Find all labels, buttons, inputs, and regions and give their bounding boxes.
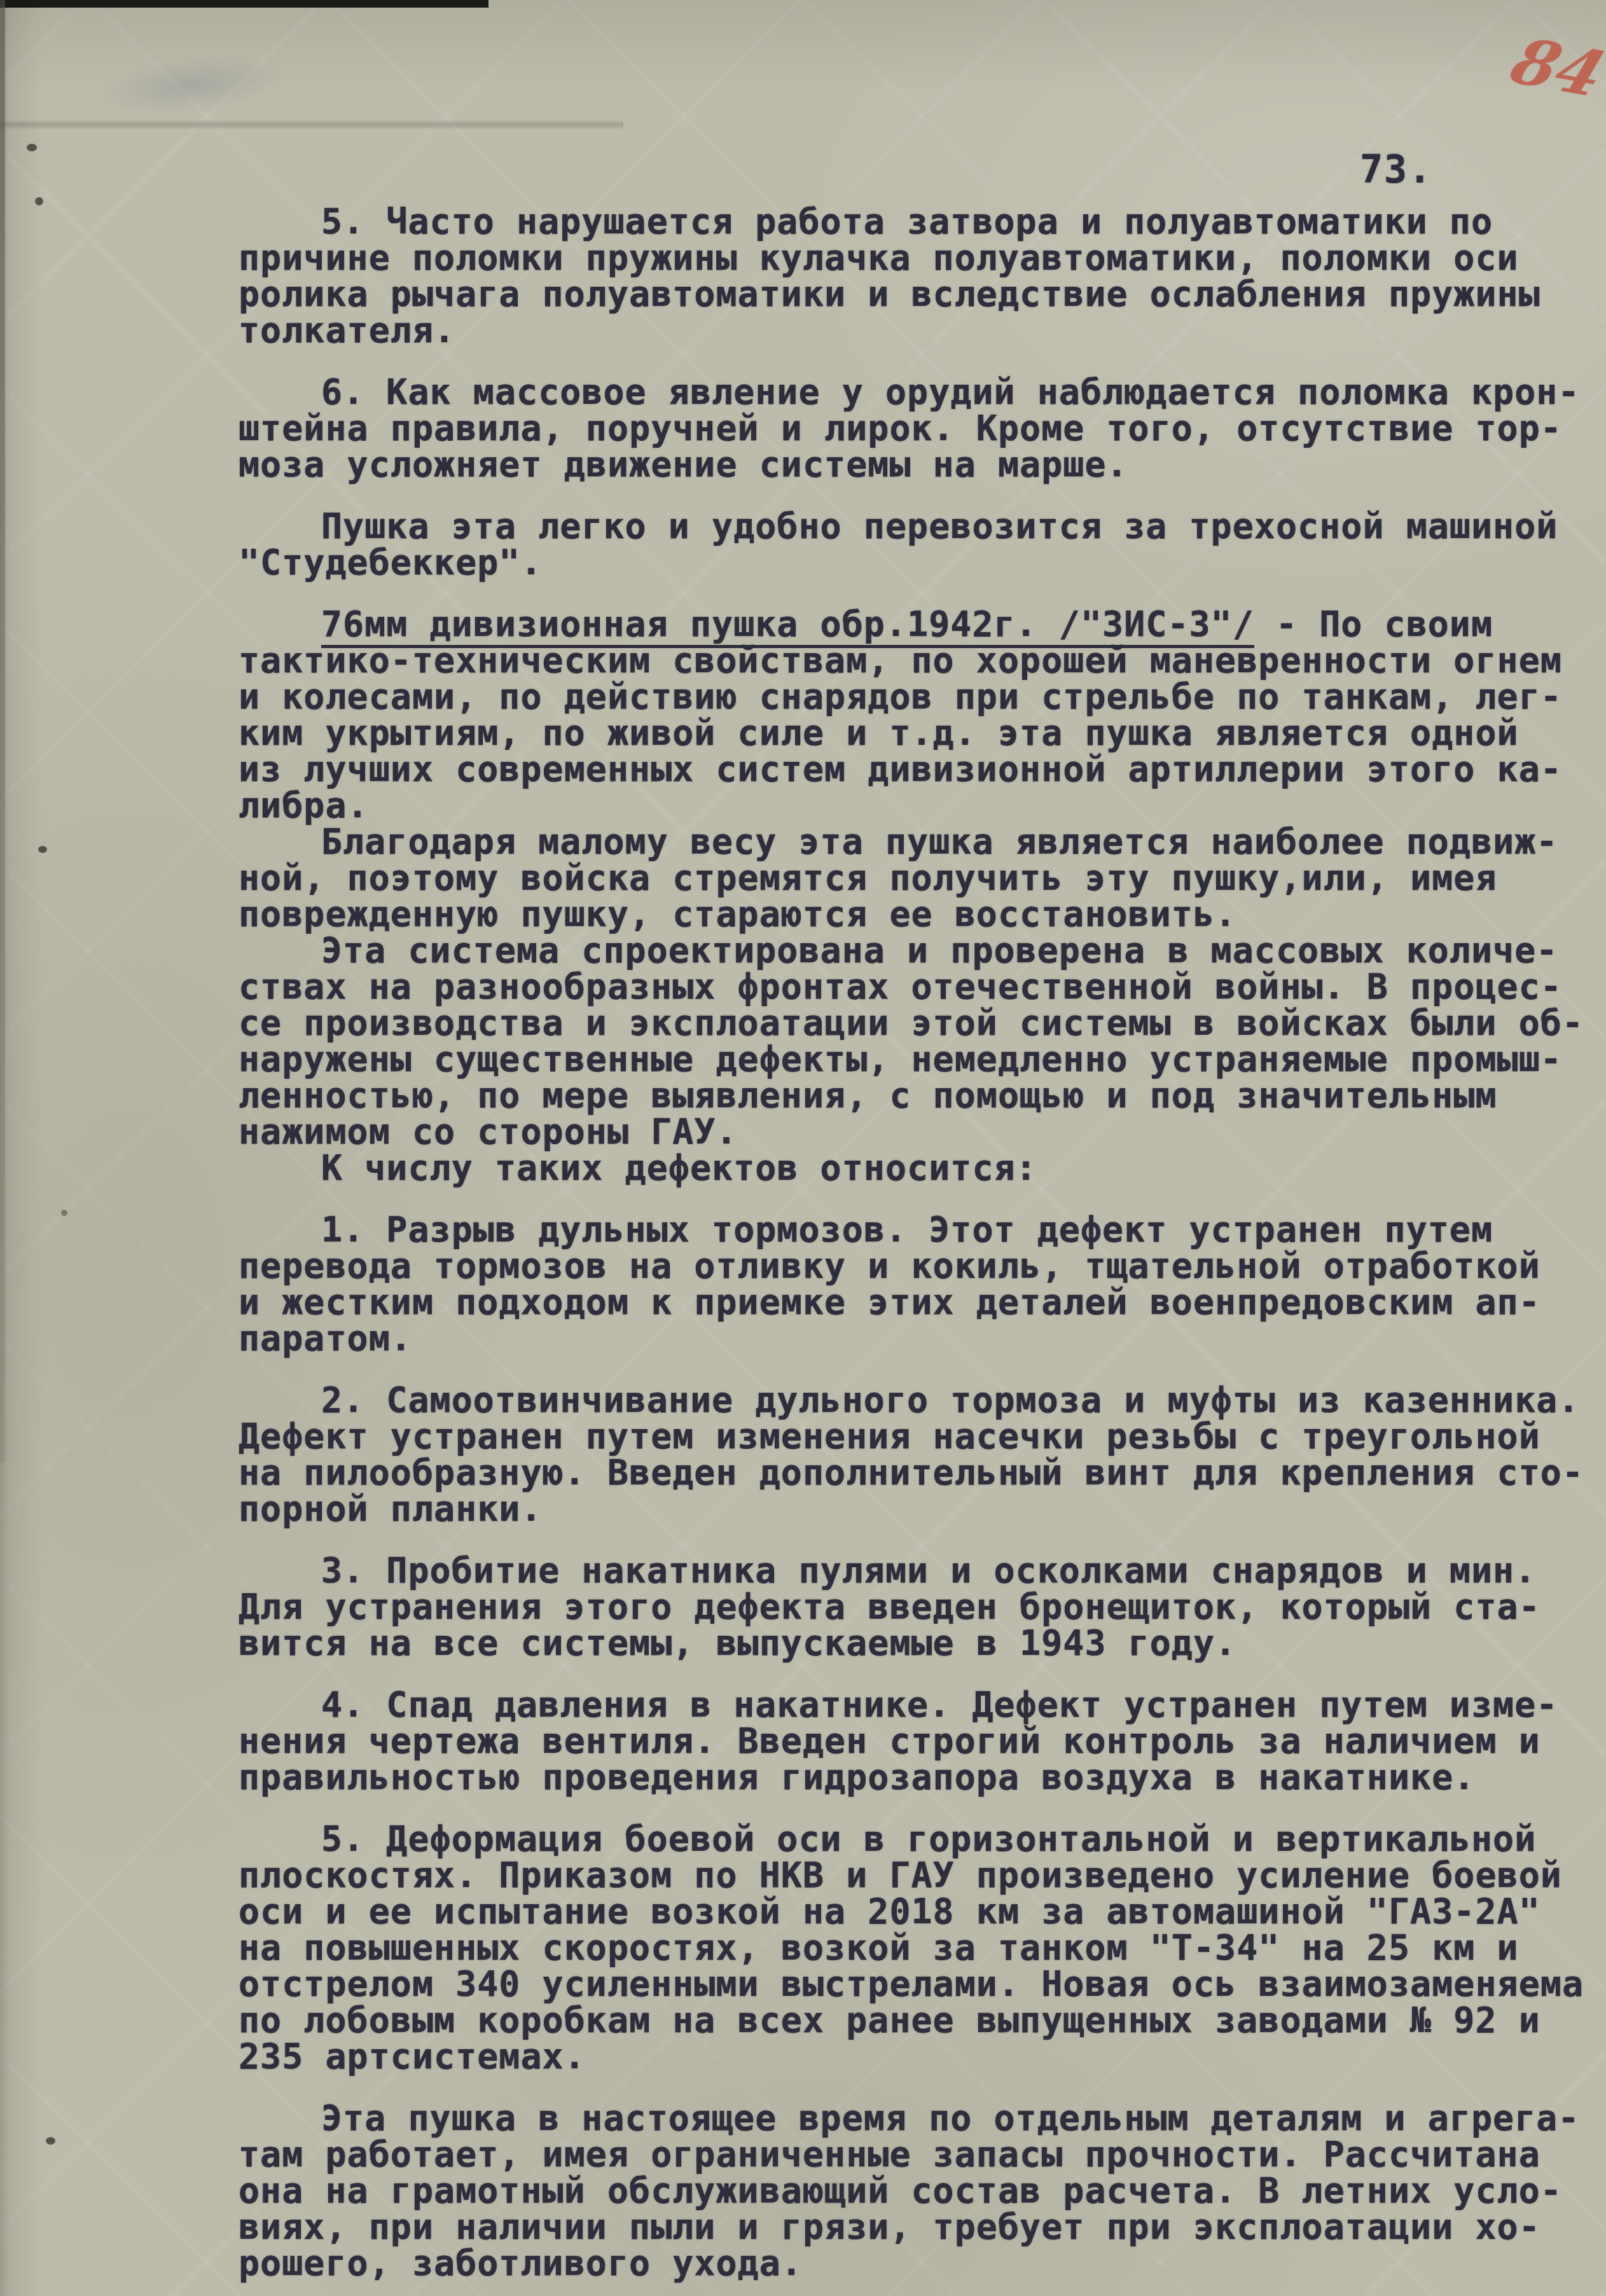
text-line: рошего, заботливого ухода. xyxy=(239,2245,1596,2281)
text-line: паратом. xyxy=(239,1320,1596,1357)
text-line: плоскостях. Приказом по НКВ и ГАУ произв… xyxy=(239,1857,1596,1893)
text-line: 76мм дивизионная пушка обр.1942г. /"ЗИС-… xyxy=(239,606,1596,642)
text-line: Пушка эта легко и удобно перевозится за … xyxy=(239,508,1596,544)
text-line: она на грамотный обслуживающий состав ра… xyxy=(239,2173,1596,2209)
paragraph-defect-1: 1. Разрыв дульных тормозов. Этот дефект … xyxy=(239,1212,1596,1357)
text-line: се производства и эксплоатации этой сист… xyxy=(239,1005,1596,1041)
text-line: моза усложняет движение системы на марше… xyxy=(239,446,1596,483)
text-line: на повышенных скоростях, возкой за танко… xyxy=(239,1930,1596,1966)
text-line: ролика рычага полуавтоматики и вследстви… xyxy=(239,276,1596,312)
text-line: штейна правила, поручней и лирок. Кроме … xyxy=(239,410,1596,446)
text-line: 235 артсистемах. xyxy=(239,2038,1596,2075)
text-line: Эта система спроектирована и проверена в… xyxy=(239,932,1596,969)
text-line: виях, при наличии пыли и грязи, требует … xyxy=(239,2209,1596,2245)
text-line: либра. xyxy=(239,787,1596,824)
stain-speck xyxy=(38,846,47,853)
text-line: Дефект устранен путем изменения насечки … xyxy=(239,1418,1596,1455)
text-line: из лучших современных систем дивизионной… xyxy=(239,751,1596,787)
page-number: 73. xyxy=(1360,148,1432,192)
text-line: 3. Пробитие накатника пулями и осколками… xyxy=(239,1553,1596,1589)
text-line: и жестким подходом к приемке этих детале… xyxy=(239,1284,1596,1320)
scanned-document-page: 84 73. 5. Часто нарушается работа затвор… xyxy=(0,0,1606,2296)
stain-speck xyxy=(27,144,37,151)
pencil-smudge xyxy=(93,49,288,123)
text-line: 6. Как массовое явление у орудий наблюда… xyxy=(239,374,1596,410)
text-line: К числу таких дефектов относится: xyxy=(239,1150,1596,1186)
paragraph: Пушка эта легко и удобно перевозится за … xyxy=(239,508,1596,581)
text-line: 5. Часто нарушается работа затвора и пол… xyxy=(239,204,1596,240)
text-line: ствах на разнообразных фронтах отечестве… xyxy=(239,969,1596,1005)
text-line: Для устранения этого дефекта введен брон… xyxy=(239,1589,1596,1625)
paragraph-defect-4: 4. Спад давления в накатнике. Дефект уст… xyxy=(239,1687,1596,1795)
text-line: правильностью проведения гидрозапора воз… xyxy=(239,1759,1596,1795)
paragraph-defect-5: 5. Деформация боевой оси в горизонтально… xyxy=(239,1821,1596,2075)
text-line: поврежденную пушку, стараются ее восстан… xyxy=(239,896,1596,932)
paragraph: К числу таких дефектов относится: xyxy=(239,1150,1596,1186)
stain-speck xyxy=(46,2137,55,2145)
text-line: ленностью, по мере выявления, с помощью … xyxy=(239,1077,1596,1114)
text-line: 5. Деформация боевой оси в горизонтально… xyxy=(239,1821,1596,1857)
paragraph-heading: 76мм дивизионная пушка обр.1942г. /"ЗИС-… xyxy=(239,606,1596,824)
text-line: там работает, имея ограниченные запасы п… xyxy=(239,2136,1596,2173)
text-line: толкателя. xyxy=(239,312,1596,349)
paragraph: Эта система спроектирована и проверена в… xyxy=(239,932,1596,1150)
text-line: порной планки. xyxy=(239,1491,1596,1527)
text-line: ким укрытиям, по живой силе и т.д. эта п… xyxy=(239,715,1596,751)
scan-edge-strip xyxy=(0,0,488,8)
paragraph-defect-3: 3. Пробитие накатника пулями и осколками… xyxy=(239,1553,1596,1661)
text-line: 4. Спад давления в накатнике. Дефект уст… xyxy=(239,1687,1596,1723)
text-line: отстрелом 340 усиленными выстрелами. Нов… xyxy=(239,1966,1596,2002)
text-line: тактико-техническим свойствам, по хороше… xyxy=(239,642,1596,679)
scan-left-edge xyxy=(0,0,5,1463)
text-line: вится на все системы, выпускаемые в 1943… xyxy=(239,1625,1596,1661)
stain-speck xyxy=(35,197,43,205)
text-line: наружены существенные дефекты, немедленн… xyxy=(239,1041,1596,1077)
text-line: по лобовым коробкам на всех ранее выпуще… xyxy=(239,2002,1596,2038)
text-line: и колесами, по действию снарядов при стр… xyxy=(239,679,1596,715)
paragraph: Благодаря малому весу эта пушка является… xyxy=(239,824,1596,932)
text-line: Эта пушка в настоящее время по отдельным… xyxy=(239,2100,1596,2136)
text-line: 2. Самоотвинчивание дульного тормоза и м… xyxy=(239,1382,1596,1418)
paragraph-defect-2: 2. Самоотвинчивание дульного тормоза и м… xyxy=(239,1382,1596,1527)
paragraph: 6. Как массовое явление у орудий наблюда… xyxy=(239,374,1596,483)
heading-tail: - По своим xyxy=(1254,604,1493,644)
text-line: нажимом со стороны ГАУ. xyxy=(239,1114,1596,1150)
text-line: 1. Разрыв дульных тормозов. Этот дефект … xyxy=(239,1212,1596,1248)
text-line: Благодаря малому весу эта пушка является… xyxy=(239,824,1596,860)
paper-crease xyxy=(0,120,623,130)
text-line: "Студебеккер". xyxy=(239,544,1596,581)
text-line: ной, поэтому войска стремятся получить э… xyxy=(239,860,1596,896)
stain-speck xyxy=(61,1210,67,1216)
document-body: 5. Часто нарушается работа затвора и пол… xyxy=(239,204,1596,2281)
text-line: причине поломки пружины кулачка полуавто… xyxy=(239,240,1596,276)
text-line: на пилообразную. Введен дополнительный в… xyxy=(239,1455,1596,1491)
text-line: перевода тормозов на отливку и кокиль, т… xyxy=(239,1248,1596,1284)
paragraph: 5. Часто нарушается работа затвора и пол… xyxy=(239,204,1596,349)
paragraph: Эта пушка в настоящее время по отдельным… xyxy=(239,2100,1596,2281)
text-line: оси и ее испытание возкой на 2018 км за … xyxy=(239,1893,1596,1930)
text-line: нения чертежа вентиля. Введен строгий ко… xyxy=(239,1723,1596,1759)
handwritten-page-mark: 84 xyxy=(1502,25,1606,112)
